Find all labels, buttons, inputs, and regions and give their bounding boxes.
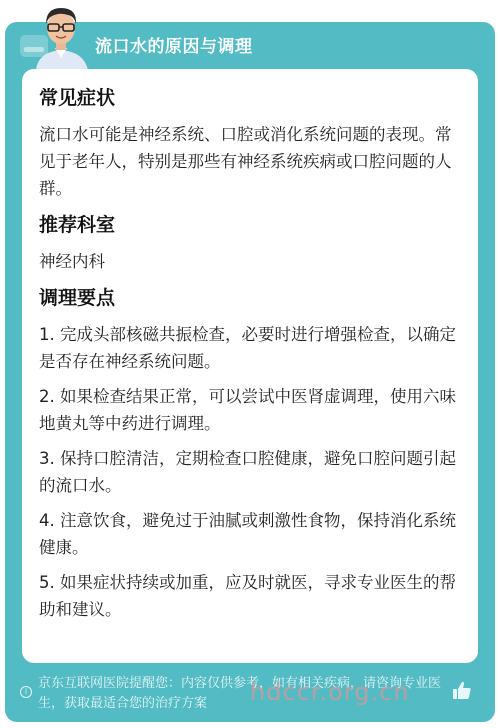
section-department: 推荐科室 神经内科 (39, 210, 464, 275)
doctor-avatar (30, 2, 92, 70)
page-title: 流口水的原因与调理 (95, 32, 253, 57)
section-body: 神经内科 (39, 248, 464, 275)
section-care-tips: 调理要点 1. 完成头部核磁共振检查，必要时进行增强检查，以确定是否存在神经系统… (39, 283, 464, 623)
list-item: 1. 完成头部核磁共振检查，必要时进行增强检查，以确定是否存在神经系统问题。 (39, 321, 464, 375)
content-card: 常见症状 流口水可能是神经系统、口腔或消化系统问题的表现。常见于老年人，特别是那… (22, 69, 478, 663)
section-heading: 推荐科室 (39, 210, 464, 240)
section-heading: 调理要点 (39, 283, 464, 313)
thumbs-up-icon[interactable] (452, 680, 472, 700)
section-symptoms: 常见症状 流口水可能是神经系统、口腔或消化系统问题的表现。常见于老年人，特别是那… (39, 83, 464, 202)
info-icon: i (20, 686, 32, 698)
list-item: 3. 保持口腔清洁，定期检查口腔健康，避免口腔问题引起的流口水。 (39, 445, 464, 499)
list-item: 2. 如果检查结果正常，可以尝试中医肾虚调理，使用六味地黄丸等中药进行调理。 (39, 383, 464, 437)
list-item: 4. 注意饮食，避免过于油腻或刺激性食物，保持消化系统健康。 (39, 507, 464, 561)
section-heading: 常见症状 (39, 83, 464, 113)
watermark: hdccr.org.cn (250, 678, 410, 706)
section-body: 流口水可能是神经系统、口腔或消化系统问题的表现。常见于老年人，特别是那些有神经系… (39, 121, 464, 202)
list-item: 5. 如果症状持续或加重，应及时就医，寻求专业医生的帮助和建议。 (39, 569, 464, 623)
